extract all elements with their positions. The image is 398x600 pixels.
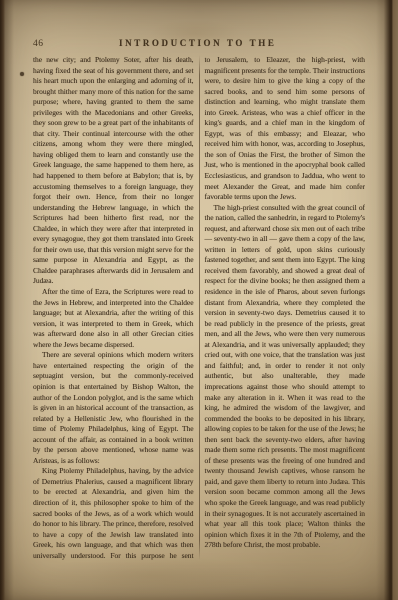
paragraph: the new city; and Ptolemy Soter, after h…	[33, 55, 194, 287]
paragraph: The high-priest consulted with the great…	[205, 203, 366, 551]
paragraph: King Ptolemy Philadelphus, having, by th…	[33, 466, 194, 560]
paragraph: There are several opinions which modern …	[33, 350, 194, 466]
book-page: 46 INTRODUCTION TO THE the new city; and…	[0, 0, 398, 600]
binding-shadow	[0, 0, 14, 600]
page-header: 46 INTRODUCTION TO THE	[33, 38, 364, 52]
paragraph: to Jerusalem, to Eleazer, the high-pries…	[205, 55, 366, 203]
left-column: the new city; and Ptolemy Soter, after h…	[33, 55, 199, 560]
running-head: INTRODUCTION TO THE	[38, 38, 359, 48]
right-column: to Jerusalem, to Eleazer, the high-pries…	[200, 55, 366, 560]
page-body: the new city; and Ptolemy Soter, after h…	[33, 55, 365, 560]
book-page-scan: 46 INTRODUCTION TO THE the new city; and…	[0, 0, 398, 600]
margin-mark	[20, 72, 24, 76]
page-edge	[376, 0, 398, 600]
paragraph: After the time of Ezra, the Scriptures w…	[33, 287, 194, 350]
